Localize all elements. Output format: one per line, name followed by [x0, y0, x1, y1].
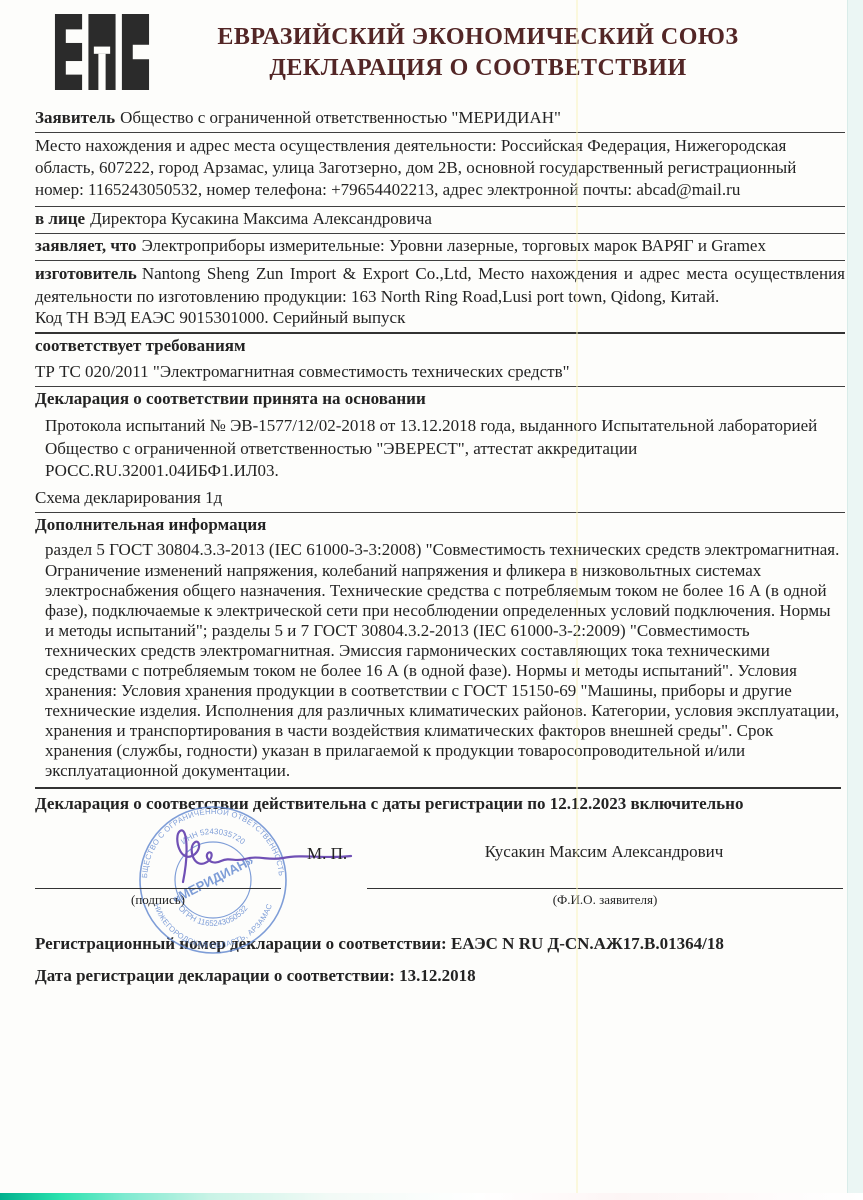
additional-heading: Дополнительная информация — [35, 513, 845, 539]
manufacturer-block: изготовительNantong Sheng Zun Import & E… — [35, 261, 845, 334]
fio-caption: (Ф.И.О. заявителя) — [367, 892, 843, 908]
signature-line — [35, 888, 281, 889]
eac-logo-icon — [53, 14, 151, 90]
manufacturer-label: изготовитель — [35, 264, 137, 283]
applicant-row: ЗаявительОбщество с ограниченной ответст… — [35, 106, 845, 133]
tnved-code: Код ТН ВЭД ЕАЭС 9015301000. Серийный вып… — [35, 308, 845, 328]
declares-row: заявляет, чтоЭлектроприборы измерительны… — [35, 234, 845, 261]
declares-value: Электроприборы измерительные: Уровни лаз… — [142, 236, 766, 255]
signature-area: ОБЩЕСТВО С ОГРАНИЧЕННОЙ ОТВЕТСТВЕННОСТЬЮ… — [35, 818, 845, 926]
fio-line — [367, 888, 843, 889]
manufacturer-text: изготовительNantong Sheng Zun Import & E… — [35, 263, 845, 308]
applicant-label: Заявитель — [35, 108, 115, 127]
additional-text: раздел 5 ГОСТ 30804.3.3-2013 (IEC 61000-… — [35, 539, 841, 789]
declaration-scheme: Схема декларирования 1д — [35, 486, 845, 513]
in-person-label: в лице — [35, 209, 85, 228]
registration-date-value: 13.12.2018 — [399, 966, 476, 985]
registration-date-row: Дата регистрации декларации о соответств… — [35, 966, 845, 986]
declaration-title-line: ДЕКЛАРАЦИЯ О СООТВЕТСТВИИ — [151, 53, 805, 84]
scan-edge-bottom — [0, 1193, 863, 1200]
eac-mark-logo — [53, 14, 151, 90]
registration-date-label: Дата регистрации декларации о соответств… — [35, 966, 395, 985]
seal-place-label: М. П. — [307, 844, 347, 864]
applicant-fio: Кусакин Максим Александрович — [365, 842, 843, 862]
basis-heading: Декларация о соответствии принята на осн… — [35, 387, 845, 413]
registration-number-value: ЕАЭС N RU Д-CN.АЖ17.В.01364/18 — [451, 934, 724, 953]
in-person-value: Директора Кусакина Максима Александрович… — [90, 209, 432, 228]
basis-text: Протокола испытаний № ЭВ-1577/12/02-2018… — [35, 413, 845, 486]
manufacturer-value: Nantong Sheng Zun Import & Export Co.,Lt… — [35, 264, 845, 305]
scan-artifact-line — [576, 0, 578, 1200]
applicant-address: Место нахождения и адрес места осуществл… — [35, 133, 845, 207]
document-title: ЕВРАЗИЙСКИЙ ЭКОНОМИЧЕСКИЙ СОЮЗ ДЕКЛАРАЦИ… — [151, 14, 845, 83]
applicant-value: Общество с ограниченной ответственностью… — [120, 108, 561, 127]
conformity-text: ТР ТС 020/2011 "Электромагнитная совмест… — [35, 360, 845, 387]
in-person-row: в лицеДиректора Кусакина Максима Алексан… — [35, 207, 845, 234]
scan-edge-right — [847, 0, 863, 1200]
document-header: ЕВРАЗИЙСКИЙ ЭКОНОМИЧЕСКИЙ СОЮЗ ДЕКЛАРАЦИ… — [35, 14, 845, 90]
union-title-line: ЕВРАЗИЙСКИЙ ЭКОНОМИЧЕСКИЙ СОЮЗ — [151, 22, 805, 53]
declares-label: заявляет, что — [35, 236, 137, 255]
conformity-heading: соответствует требованиям — [35, 334, 845, 360]
signature-caption: (подпись) — [35, 892, 281, 908]
